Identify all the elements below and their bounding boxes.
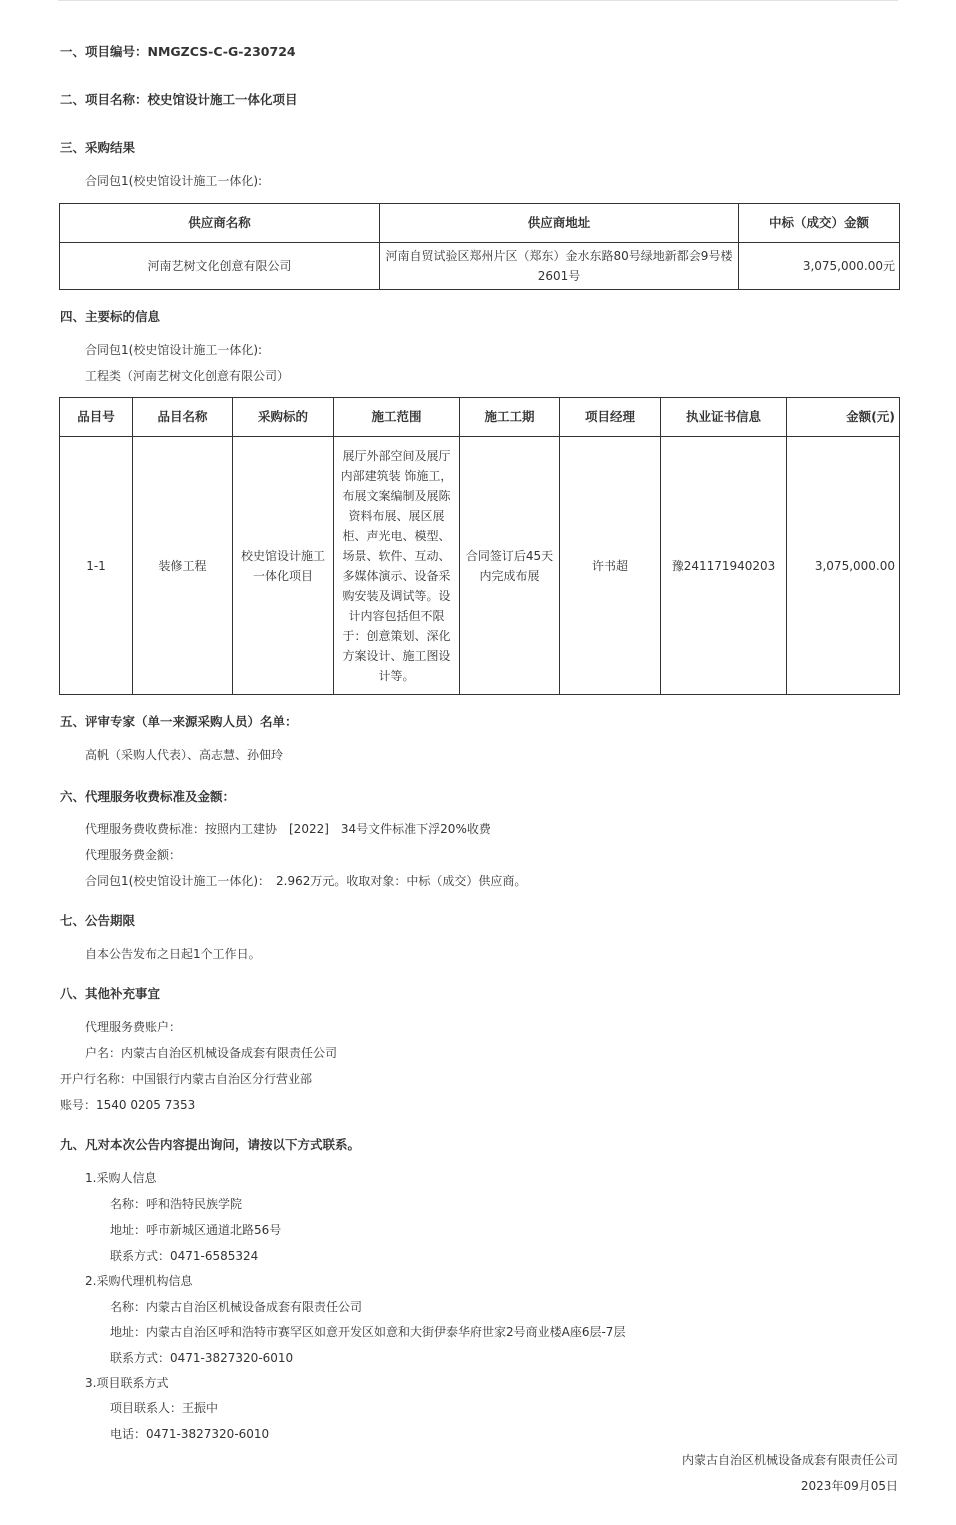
supplier-name: 河南艺树文化创意有限公司 (60, 243, 380, 290)
footer-organization: 内蒙古自治区机械设备成套有限责任公司 (682, 1452, 898, 1468)
account-label: 代理服务费账户： (85, 1019, 181, 1035)
item-name: 装修工程 (133, 437, 233, 695)
table-row: 河南艺树文化创意有限公司 河南自贸试验区郑州片区（郑东）金水东路80号绿地新都会… (60, 243, 900, 290)
award-amount: 3,075,000.00元 (739, 243, 900, 290)
purchaser-title: 1.采购人信息 (85, 1170, 156, 1186)
section-heading-project-name: 二、项目名称：校史馆设计施工一体化项目 (60, 92, 298, 108)
column-header: 施工范围 (334, 398, 460, 437)
notice-period-text: 自本公告发布之日起1个工作日。 (85, 946, 261, 962)
section-heading-review-experts: 五、评审专家（单一来源采购人员）名单： (60, 714, 298, 730)
column-header: 品目名称 (133, 398, 233, 437)
column-header: 供应商名称 (60, 204, 380, 243)
project-contact-phone: 电话：0471-3827320-6010 (110, 1426, 269, 1442)
agency-name: 名称：内蒙古自治区机械设备成套有限责任公司 (110, 1299, 362, 1315)
section-heading-procurement-result: 三、采购结果 (60, 140, 135, 156)
column-header: 执业证书信息 (661, 398, 787, 437)
subject-table: 品目号 品目名称 采购标的 施工范围 施工工期 项目经理 执业证书信息 金额(元… (59, 397, 900, 695)
package-label: 合同包1(校史馆设计施工一体化): (85, 342, 262, 358)
purchaser-contact: 联系方式：0471-6585324 (110, 1248, 258, 1264)
table-header-row: 品目号 品目名称 采购标的 施工范围 施工工期 项目经理 执业证书信息 金额(元… (60, 398, 900, 437)
amount: 3,075,000.00 (787, 437, 900, 695)
project-contact-person: 项目联系人：王振中 (110, 1400, 218, 1416)
footer-date: 2023年09月05日 (801, 1478, 898, 1494)
agency-title: 2.采购代理机构信息 (85, 1273, 192, 1289)
column-header: 采购标的 (233, 398, 334, 437)
certificate-info: 豫241171940203 (661, 437, 787, 695)
procurement-subject: 校史馆设计施工一体化项目 (233, 437, 334, 695)
section-heading-main-subject: 四、主要标的信息 (60, 309, 160, 325)
account-name: 户名：内蒙古自治区机械设备成套有限责任公司 (85, 1045, 337, 1061)
section-heading-contact: 九、凡对本次公告内容提出询问，请按以下方式联系。 (60, 1137, 360, 1153)
purchaser-address: 地址：呼市新城区通道北路56号 (110, 1222, 281, 1238)
project-contact-title: 3.项目联系方式 (85, 1375, 168, 1391)
supplier-address: 河南自贸试验区郑州片区（郑东）金水东路80号绿地新都会9号楼2601号 (380, 243, 739, 290)
column-header: 供应商地址 (380, 204, 739, 243)
supplier-table: 供应商名称 供应商地址 中标（成交）金额 河南艺树文化创意有限公司 河南自贸试验… (59, 203, 900, 290)
bank-name: 开户行名称：中国银行内蒙古自治区分行营业部 (60, 1071, 312, 1087)
expert-list: 高帆（采购人代表）、高志慧、孙佃玲 (85, 747, 283, 763)
agency-contact: 联系方式：0471-3827320-6010 (110, 1350, 293, 1366)
construction-scope: 展厅外部空间及展厅内部建筑装 饰施工，布展文案编制及展陈资料布展、展区展柜、声光… (334, 437, 460, 695)
table-row: 1-1 装修工程 校史馆设计施工一体化项目 展厅外部空间及展厅内部建筑装 饰施工… (60, 437, 900, 695)
table-header-row: 供应商名称 供应商地址 中标（成交）金额 (60, 204, 900, 243)
column-header: 项目经理 (560, 398, 661, 437)
column-header: 金额(元) (787, 398, 900, 437)
column-header: 中标（成交）金额 (739, 204, 900, 243)
top-divider (58, 0, 898, 1)
column-header: 施工工期 (460, 398, 560, 437)
account-number: 账号：1540 0205 7353 (60, 1097, 195, 1113)
category-label: 工程类（河南艺树文化创意有限公司） (85, 368, 289, 384)
project-manager: 许书超 (560, 437, 661, 695)
agency-address: 地址：内蒙古自治区呼和浩特市赛罕区如意开发区如意和大街伊泰华府世家2号商业楼A座… (110, 1324, 625, 1340)
section-heading-agency-fee: 六、代理服务收费标准及金额： (60, 789, 235, 805)
package-label: 合同包1(校史馆设计施工一体化): (85, 173, 262, 189)
fee-amount-detail: 合同包1(校史馆设计施工一体化)： 2.962万元。收取对象：中标（成交）供应商… (85, 873, 526, 889)
section-heading-project-number: 一、项目编号：NMGZCS-C-G-230724 (60, 44, 296, 60)
section-heading-other-matters: 八、其他补充事宜 (60, 986, 160, 1002)
section-heading-notice-period: 七、公告期限 (60, 913, 135, 929)
construction-period: 合同签订后45天内完成布展 (460, 437, 560, 695)
fee-standard: 代理服务费收费标准：按照内工建协 [2022] 34号文件标准下浮20%收费 (85, 821, 491, 837)
column-header: 品目号 (60, 398, 133, 437)
fee-amount-label: 代理服务费金额： (85, 847, 181, 863)
item-number: 1-1 (60, 437, 133, 695)
purchaser-name: 名称：呼和浩特民族学院 (110, 1196, 242, 1212)
